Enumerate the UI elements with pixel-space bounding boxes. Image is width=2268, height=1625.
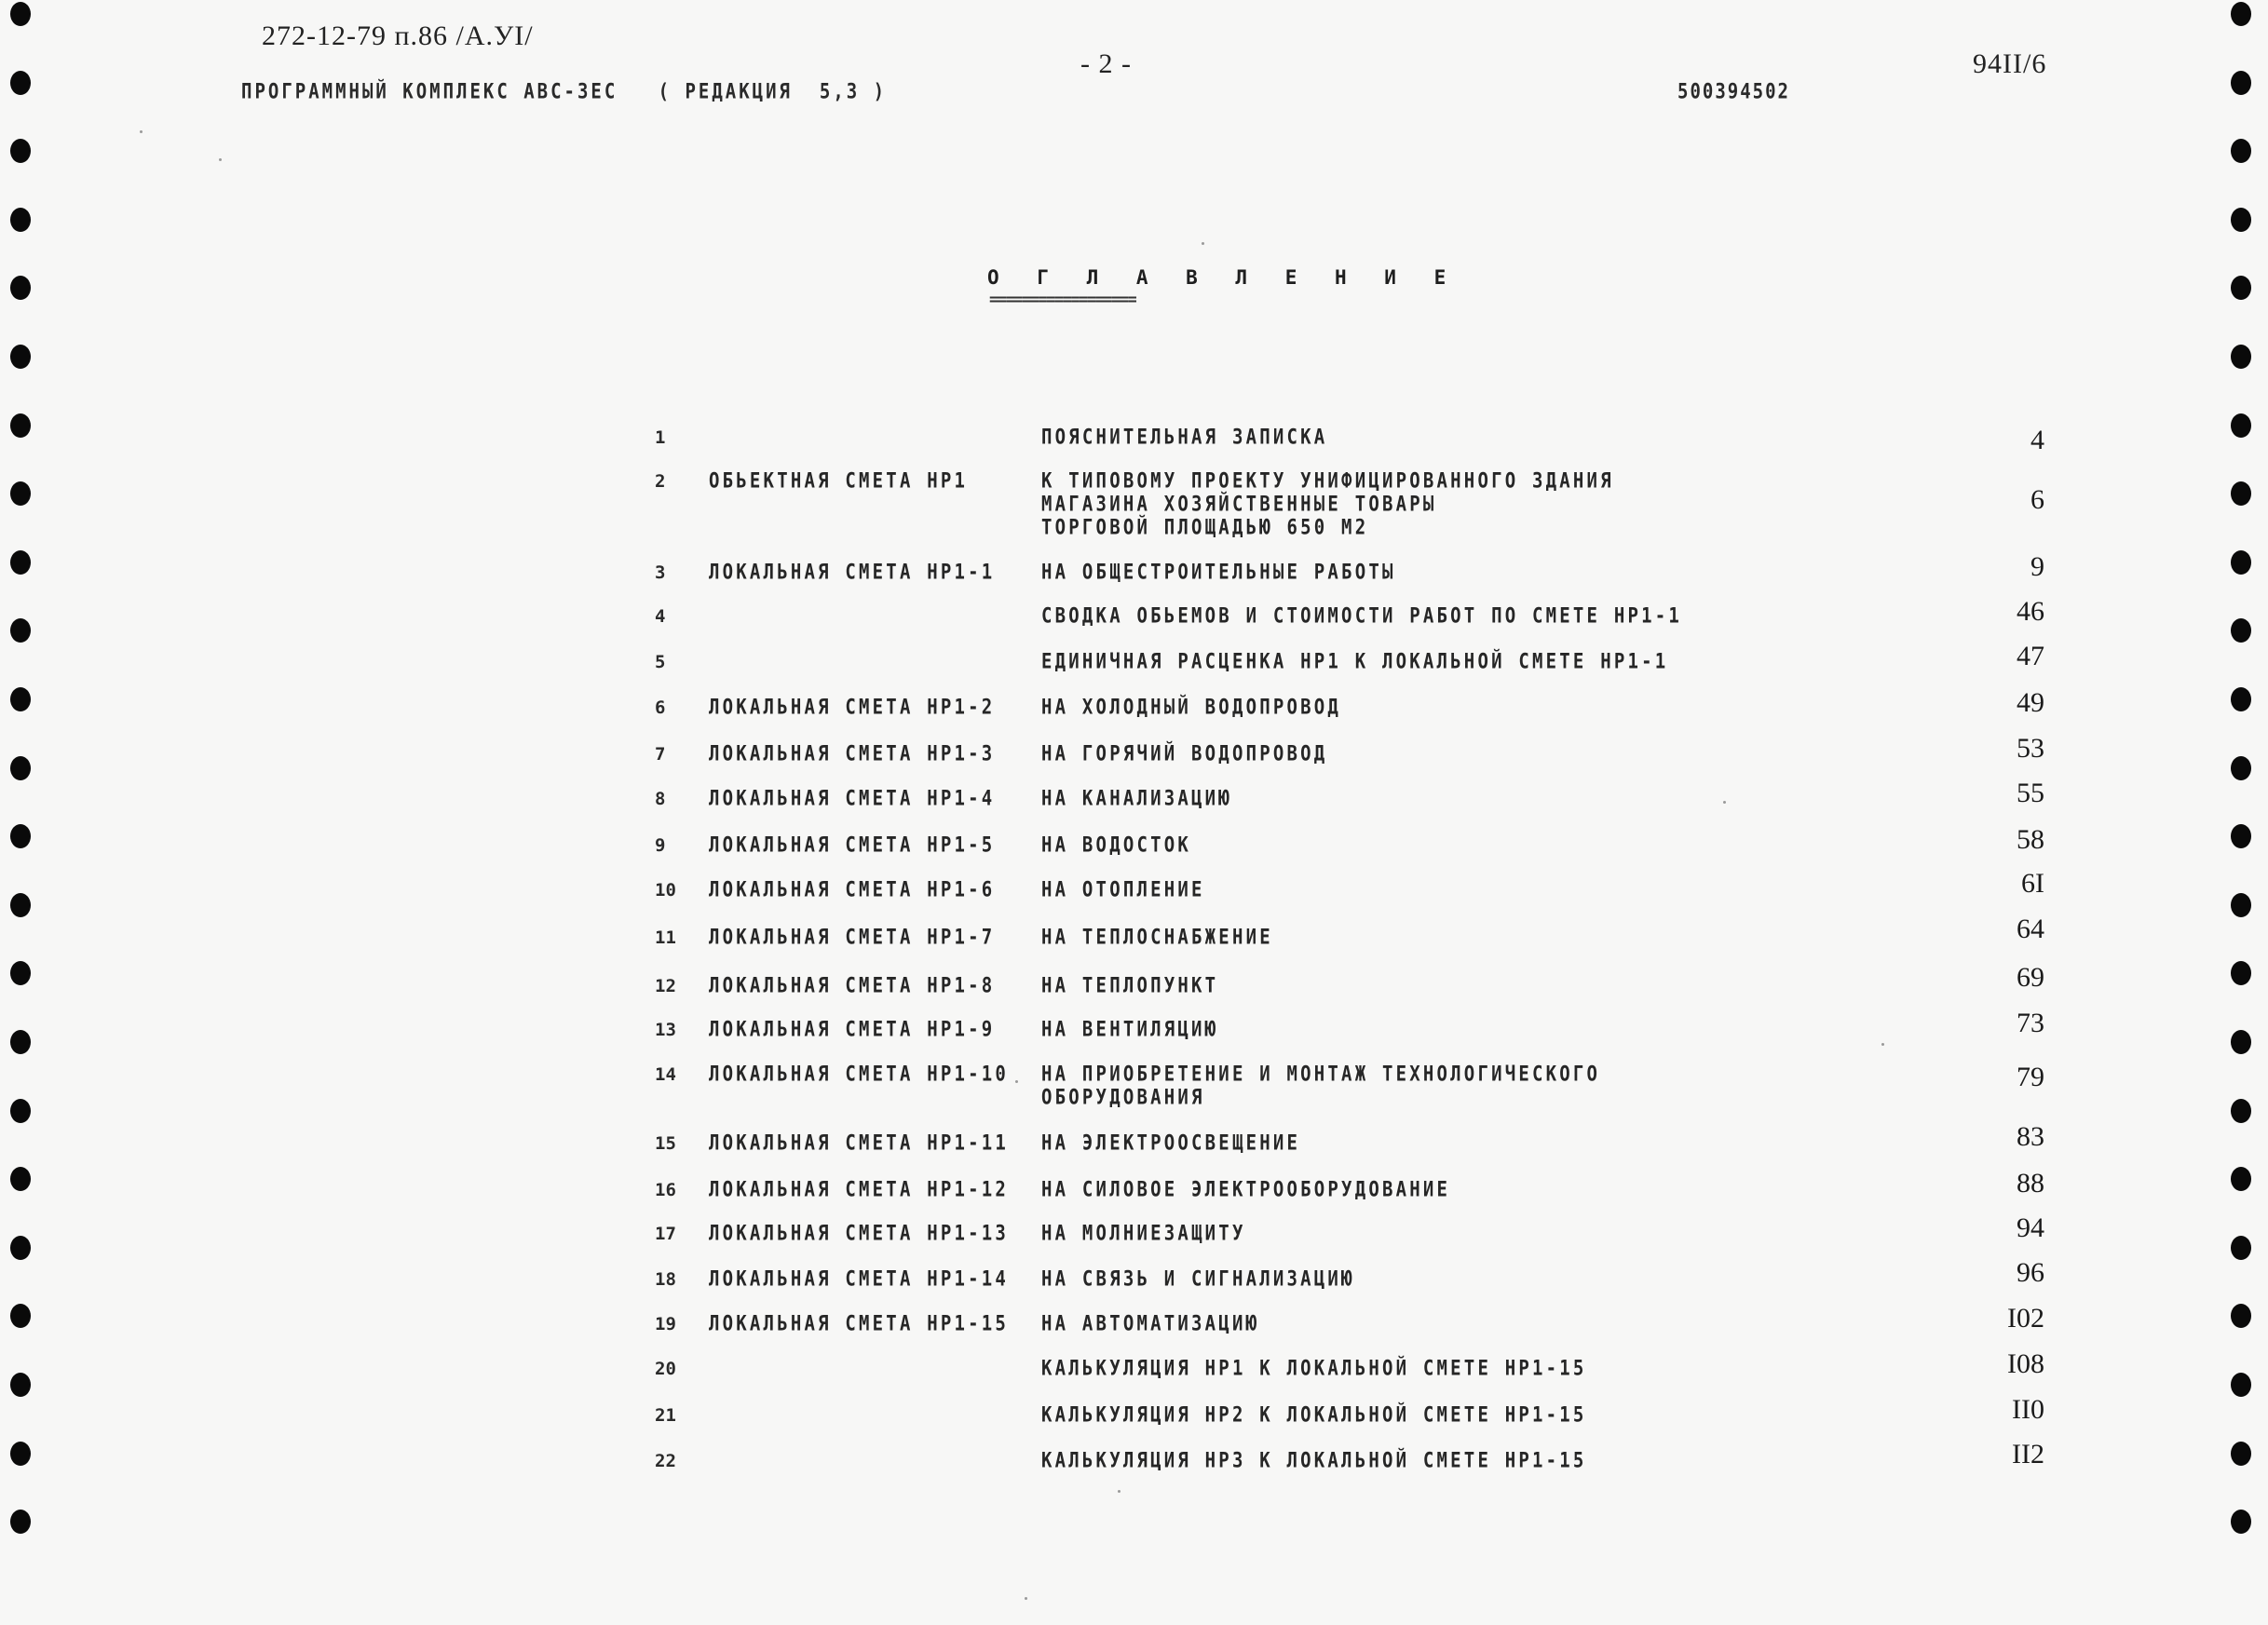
toc-title: О Г Л А В Л Е Н И Е — [987, 266, 1459, 289]
toc-row-description: КАЛЬКУЛЯЦИЯ НР3 К ЛОКАЛЬНОЙ СМЕТЕ НР1-15 — [1041, 1449, 1587, 1472]
punch-hole-right — [2231, 481, 2251, 506]
scan-speck — [140, 130, 143, 133]
toc-row-page-number: II0 — [1914, 1394, 2044, 1426]
toc-row-page-number: I02 — [1914, 1303, 2044, 1334]
toc-row-estimate-type: ЛОКАЛЬНАЯ СМЕТА НР1-10 — [709, 1063, 1009, 1086]
punch-hole-right — [2231, 1030, 2251, 1054]
punch-hole-right — [2231, 345, 2251, 369]
toc-row-estimate-type: ЛОКАЛЬНАЯ СМЕТА НР1-13 — [709, 1222, 1009, 1245]
punch-hole-right — [2231, 1304, 2251, 1328]
toc-row-estimate-type: ЛОКАЛЬНАЯ СМЕТА НР1-7 — [709, 926, 995, 949]
toc-row-number: 9 — [655, 835, 665, 856]
toc-row-description: ТОРГОВОЙ ПЛОЩАДЬЮ 650 М2 — [1041, 516, 1368, 539]
toc-row-number: 10 — [655, 880, 676, 901]
punch-hole-right — [2231, 413, 2251, 438]
punch-hole-right — [2231, 71, 2251, 95]
punch-hole-right — [2231, 756, 2251, 780]
toc-row-description: НА ОБЩЕСТРОИТЕЛЬНЫЕ РАБОТЫ — [1041, 561, 1396, 584]
toc-row-description: НА ХОЛОДНЫЙ ВОДОПРОВОД — [1041, 696, 1341, 719]
toc-row-description: ПОЯСНИТЕЛЬНАЯ ЗАПИСКА — [1041, 426, 1327, 449]
toc-row-number: 21 — [655, 1405, 676, 1426]
toc-row-description: НА КАНАЛИЗАЦИЮ — [1041, 787, 1232, 810]
punch-hole-left — [10, 345, 31, 369]
toc-row-number: 17 — [655, 1224, 676, 1244]
punch-hole-right — [2231, 824, 2251, 848]
toc-row-page-number: 64 — [1914, 914, 2044, 945]
punch-hole-left — [10, 1442, 31, 1466]
toc-row-number: 5 — [655, 652, 665, 672]
toc-row-page-number: 6I — [1914, 868, 2044, 900]
toc-row-description: МАГАЗИНА ХОЗЯЙСТВЕННЫЕ ТОВАРЫ — [1041, 493, 1437, 516]
toc-row-estimate-type: ЛОКАЛЬНАЯ СМЕТА НР1-12 — [709, 1178, 1009, 1201]
punch-hole-left — [10, 208, 31, 232]
document-code: 500394502 — [1677, 80, 1790, 103]
toc-row-number: 19 — [655, 1314, 676, 1334]
punch-hole-left — [10, 1373, 31, 1397]
punch-hole-left — [10, 893, 31, 917]
toc-row-page-number: 6 — [1914, 484, 2044, 516]
toc-row-description: НА ЭЛЕКТРООСВЕЩЕНИЕ — [1041, 1131, 1300, 1155]
toc-row-page-number: 9 — [1914, 551, 2044, 583]
toc-row-number: 13 — [655, 1020, 676, 1040]
toc-row-page-number: II2 — [1914, 1439, 2044, 1470]
toc-row-description: НА ГОРЯЧИЙ ВОДОПРОВОД — [1041, 742, 1327, 765]
punch-hole-right — [2231, 1236, 2251, 1260]
toc-row-number: 7 — [655, 744, 665, 765]
punch-hole-right — [2231, 1099, 2251, 1123]
toc-row-description: НА МОЛНИЕЗАЩИТУ — [1041, 1222, 1246, 1245]
toc-row-description: КАЛЬКУЛЯЦИЯ НР1 К ЛОКАЛЬНОЙ СМЕТЕ НР1-15 — [1041, 1357, 1587, 1380]
toc-row-estimate-type: ЛОКАЛЬНАЯ СМЕТА НР1-11 — [709, 1131, 1009, 1155]
toc-row-description: КАЛЬКУЛЯЦИЯ НР2 К ЛОКАЛЬНОЙ СМЕТЕ НР1-15 — [1041, 1403, 1587, 1427]
punch-hole-right — [2231, 1373, 2251, 1397]
toc-row-number: 2 — [655, 471, 665, 492]
toc-row-page-number: 96 — [1914, 1257, 2044, 1289]
punch-hole-left — [10, 1167, 31, 1191]
toc-row-number: 3 — [655, 562, 665, 583]
toc-row-estimate-type: ЛОКАЛЬНАЯ СМЕТА НР1-8 — [709, 974, 995, 997]
toc-row-estimate-type: ЛОКАЛЬНАЯ СМЕТА НР1-5 — [709, 833, 995, 857]
toc-row-estimate-type: ЛОКАЛЬНАЯ СМЕТА НР1-2 — [709, 696, 995, 719]
scan-speck — [1723, 801, 1726, 804]
toc-row-estimate-type: ЛОКАЛЬНАЯ СМЕТА НР1-6 — [709, 878, 995, 901]
punch-hole-right — [2231, 208, 2251, 232]
punch-hole-right — [2231, 276, 2251, 300]
toc-row-page-number: 47 — [1914, 641, 2044, 672]
toc-row-description: НА СВЯЗЬ И СИГНАЛИЗАЦИЮ — [1041, 1267, 1355, 1291]
punch-hole-right — [2231, 893, 2251, 917]
punch-hole-left — [10, 1304, 31, 1328]
page-marker: - 2 - — [1080, 48, 1132, 80]
toc-row-description: НА ТЕПЛОПУНКТ — [1041, 974, 1218, 997]
toc-row-number: 16 — [655, 1180, 676, 1200]
toc-row-description: НА СИЛОВОЕ ЭЛЕКТРООБОРУДОВАНИЕ — [1041, 1178, 1450, 1201]
toc-row-page-number: 83 — [1914, 1121, 2044, 1153]
toc-row-number: 1 — [655, 427, 665, 448]
toc-row-page-number: 58 — [1914, 824, 2044, 856]
toc-row-description: НА АВТОМАТИЗАЦИЮ — [1041, 1312, 1259, 1335]
punch-hole-right — [2231, 139, 2251, 163]
toc-row-description: ОБОРУДОВАНИЯ — [1041, 1086, 1205, 1109]
toc-row-page-number: 73 — [1914, 1008, 2044, 1039]
punch-hole-left — [10, 71, 31, 95]
punch-hole-left — [10, 1099, 31, 1123]
punch-hole-left — [10, 618, 31, 643]
toc-row-number: 4 — [655, 606, 665, 627]
toc-row-page-number: 55 — [1914, 778, 2044, 809]
punch-hole-right — [2231, 618, 2251, 643]
punch-hole-left — [10, 687, 31, 711]
toc-row-description: НА ТЕПЛОСНАБЖЕНИЕ — [1041, 926, 1273, 949]
scan-speck — [1025, 1597, 1027, 1600]
punch-hole-right — [2231, 550, 2251, 575]
scan-speck — [219, 158, 222, 161]
toc-row-estimate-type: ЛОКАЛЬНАЯ СМЕТА НР1-1 — [709, 561, 995, 584]
scan-speck — [1202, 242, 1204, 245]
toc-row-page-number: 46 — [1914, 596, 2044, 628]
scan-speck — [1881, 1043, 1884, 1046]
toc-row-description: НА ОТОПЛЕНИЕ — [1041, 878, 1205, 901]
toc-row-number: 12 — [655, 976, 676, 996]
punch-hole-right — [2231, 1510, 2251, 1534]
toc-row-number: 20 — [655, 1359, 676, 1379]
toc-row-page-number: I08 — [1914, 1348, 2044, 1380]
toc-row-page-number: 69 — [1914, 962, 2044, 994]
toc-row-estimate-type: ЛОКАЛЬНАЯ СМЕТА НР1-9 — [709, 1018, 995, 1041]
punch-hole-right — [2231, 961, 2251, 985]
punch-hole-right — [2231, 2, 2251, 26]
sheet-id: 94II/6 — [1973, 48, 2046, 80]
punch-hole-left — [10, 2, 31, 26]
punch-hole-left — [10, 1030, 31, 1054]
toc-row-description: НА ВОДОСТОК — [1041, 833, 1191, 857]
document-reference: 272-12-79 п.86 /А.УI/ — [262, 20, 534, 52]
punch-hole-left — [10, 824, 31, 848]
toc-row-page-number: 53 — [1914, 733, 2044, 765]
toc-row-number: 18 — [655, 1269, 676, 1290]
punch-hole-left — [10, 413, 31, 438]
toc-row-page-number: 94 — [1914, 1212, 2044, 1244]
program-line: ПРОГРАММНЫЙ КОМПЛЕКС АВС-3ЕС ( РЕДАКЦИЯ … — [241, 80, 887, 103]
toc-row-number: 11 — [655, 928, 676, 948]
toc-row-number: 15 — [655, 1133, 676, 1154]
toc-row-number: 8 — [655, 789, 665, 809]
punch-hole-right — [2231, 687, 2251, 711]
toc-row-page-number: 49 — [1914, 687, 2044, 719]
toc-row-estimate-type: ОБЬЕКТНАЯ СМЕТА НР1 — [709, 469, 968, 493]
toc-row-page-number: 4 — [1914, 425, 2044, 456]
toc-row-estimate-type: ЛОКАЛЬНАЯ СМЕТА НР1-15 — [709, 1312, 1009, 1335]
punch-hole-right — [2231, 1442, 2251, 1466]
punch-hole-left — [10, 1510, 31, 1534]
punch-hole-left — [10, 276, 31, 300]
toc-row-estimate-type: ЛОКАЛЬНАЯ СМЕТА НР1-3 — [709, 742, 995, 765]
punch-hole-left — [10, 550, 31, 575]
scan-speck — [1015, 1080, 1018, 1083]
punch-hole-left — [10, 756, 31, 780]
toc-row-description: НА ПРИОБРЕТЕНИЕ И МОНТАЖ ТЕХНОЛОГИЧЕСКОГ… — [1041, 1063, 1600, 1086]
toc-row-number: 22 — [655, 1451, 676, 1471]
toc-row-estimate-type: ЛОКАЛЬНАЯ СМЕТА НР1-14 — [709, 1267, 1009, 1291]
scan-speck — [1118, 1490, 1120, 1493]
toc-row-description: ЕДИНИЧНАЯ РАСЦЕНКА НР1 К ЛОКАЛЬНОЙ СМЕТЕ… — [1041, 650, 1668, 673]
toc-title-underline: ================== — [989, 291, 1135, 309]
toc-row-number: 14 — [655, 1064, 676, 1085]
punch-hole-right — [2231, 1167, 2251, 1191]
toc-row-number: 6 — [655, 697, 665, 718]
punch-hole-left — [10, 481, 31, 506]
punch-hole-left — [10, 961, 31, 985]
toc-row-description: К ТИПОВОМУ ПРОЕКТУ УНИФИЦИРОВАННОГО ЗДАН… — [1041, 469, 1614, 493]
toc-row-page-number: 88 — [1914, 1168, 2044, 1199]
toc-row-page-number: 79 — [1914, 1062, 2044, 1093]
toc-row-description: СВОДКА ОБЬЕМОВ И СТОИМОСТИ РАБОТ ПО СМЕТ… — [1041, 604, 1682, 628]
punch-hole-left — [10, 139, 31, 163]
toc-row-description: НА ВЕНТИЛЯЦИЮ — [1041, 1018, 1218, 1041]
toc-row-estimate-type: ЛОКАЛЬНАЯ СМЕТА НР1-4 — [709, 787, 995, 810]
punch-hole-left — [10, 1236, 31, 1260]
